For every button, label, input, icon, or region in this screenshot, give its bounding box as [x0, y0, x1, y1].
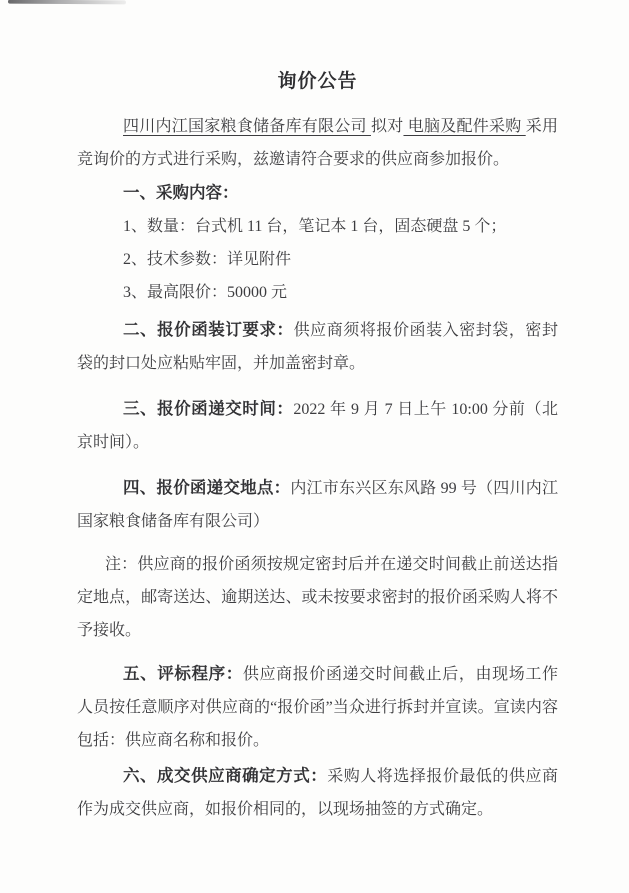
buyer-name-underlined: 四川内江国家粮食储备库有限公司: [123, 118, 371, 135]
scanned-document-page: 询价公告 四川内江国家粮食储备库有限公司 拟对 电脑及配件采购 采用竞询价的方式…: [0, 0, 629, 893]
section3-paragraph: 三、报价函递交时间：2022 年 9 月 7 日上午 10:00 分前（北京时间…: [77, 392, 558, 459]
section1-head-label: 一、采购内容：: [123, 183, 239, 202]
section4-paragraph: 四、报价函递交地点：内江市东兴区东风路 99 号（四川内江国家粮食储备库有限公司…: [77, 471, 558, 538]
section3-head-label: 三、报价函递交时间：: [123, 399, 293, 418]
page-title: 询价公告: [77, 68, 558, 95]
section4-head-label: 四、报价函递交地点：: [123, 478, 290, 497]
section1-item-max-price: 3、最高限价：50000 元: [77, 276, 558, 309]
section2-paragraph: 二、报价函装订要求：供应商须将报价函装入密封袋，密封袋的封口处应粘贴牢固，并加盖…: [77, 313, 558, 380]
section6-head-label: 六、成交供应商确定方式：: [123, 766, 327, 785]
section1-item-tech-params: 2、技术参数：详见附件: [77, 243, 558, 276]
section1-item-quantity: 1、数量：台式机 11 台，笔记本 1 台，固态硬盘 5 个；: [77, 210, 558, 243]
intro-connector: 拟对: [371, 118, 404, 135]
section1-heading: 一、采购内容：: [77, 176, 558, 210]
section5-paragraph: 五、评标程序：供应商报价函递交时间截止后，由现场工作人员按任意顺序对供应商的“报…: [77, 657, 558, 757]
note-paragraph: 注：供应商的报价函须按规定密封后并在递交时间截止前送达指定地点，邮寄送达、逾期送…: [77, 548, 558, 647]
document-content: 询价公告 四川内江国家粮食储备库有限公司 拟对 电脑及配件采购 采用竞询价的方式…: [77, 68, 558, 826]
section6-paragraph: 六、成交供应商确定方式：采购人将选择报价最低的供应商作为成交供应商，如报价相同的…: [77, 759, 558, 826]
section5-head-label: 五、评标程序：: [123, 664, 243, 683]
project-name-underlined: 电脑及配件采购: [403, 118, 525, 135]
scan-artifact: [8, 0, 126, 4]
section2-head-label: 二、报价函装订要求：: [123, 320, 294, 339]
intro-paragraph: 四川内江国家粮食储备库有限公司 拟对 电脑及配件采购 采用竞询价的方式进行采购，…: [77, 110, 558, 176]
